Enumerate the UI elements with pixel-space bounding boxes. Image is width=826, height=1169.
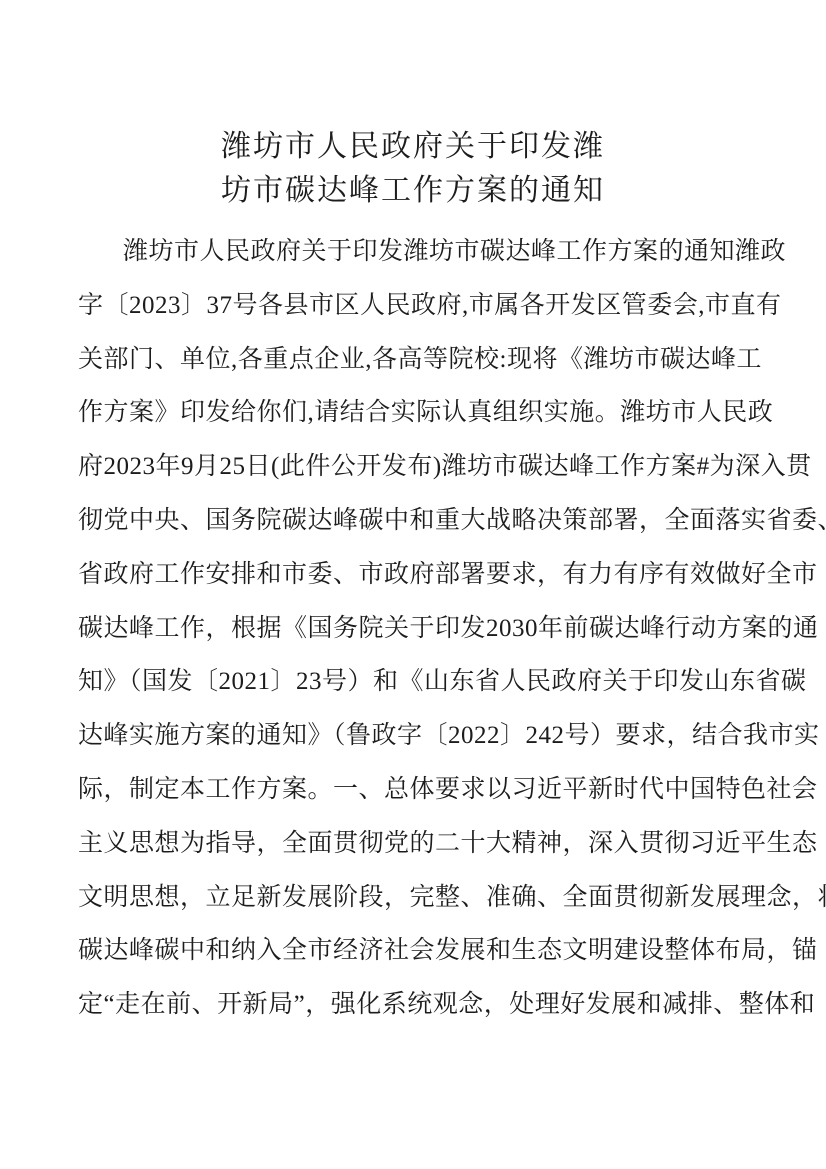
body-line: 府2023年9月25日(此件公开发布)潍坊市碳达峰工作方案#为深入贯	[78, 440, 750, 494]
body-line: 字〔2023〕37号各县市区人民政府,市属各开发区管委会,市直有	[78, 279, 750, 333]
body-line: 际，制定本工作方案。一、总体要求以习近平新时代中国特色社会	[78, 763, 750, 817]
document-title: 潍坊市人民政府关于印发潍 坊市碳达峰工作方案的通知	[0, 125, 826, 213]
body-line: 达峰实施方案的通知》（鲁政字〔2022〕242号）要求，结合我市实	[78, 709, 750, 763]
document-page: 潍坊市人民政府关于印发潍 坊市碳达峰工作方案的通知 潍坊市人民政府关于印发潍坊市…	[0, 0, 826, 1169]
body-line: 省政府工作安排和市委、市政府部署要求，有力有序有效做好全市	[78, 548, 750, 602]
body-line: 文明思想，立足新发展阶段，完整、准确、全面贯彻新发展理念，将	[78, 871, 750, 925]
body-line: 关部门、单位,各重点企业,各高等院校:现将《潍坊市碳达峰工	[78, 333, 750, 387]
document-body: 潍坊市人民政府关于印发潍坊市碳达峰工作方案的通知潍政 字〔2023〕37号各县市…	[78, 225, 750, 1032]
body-line: 主义思想为指导，全面贯彻党的二十大精神，深入贯彻习近平生态	[78, 817, 750, 871]
title-line-2: 坊市碳达峰工作方案的通知	[0, 169, 826, 213]
body-line: 作方案》印发给你们,请结合实际认真组织实施。潍坊市人民政	[78, 386, 750, 440]
body-line: 碳达峰碳中和纳入全市经济社会发展和生态文明建设整体布局，锚	[78, 924, 750, 978]
body-line: 彻党中央、国务院碳达峰碳中和重大战略决策部署，全面落实省委、	[78, 494, 750, 548]
body-line: 潍坊市人民政府关于印发潍坊市碳达峰工作方案的通知潍政	[78, 225, 750, 279]
body-line: 定“走在前、开新局”，强化系统观念，处理好发展和减排、整体和	[78, 978, 750, 1032]
title-line-1: 潍坊市人民政府关于印发潍	[0, 125, 826, 169]
body-line: 碳达峰工作，根据《国务院关于印发2030年前碳达峰行动方案的通	[78, 602, 750, 656]
body-line: 知》（国发〔2021〕23号）和《山东省人民政府关于印发山东省碳	[78, 655, 750, 709]
